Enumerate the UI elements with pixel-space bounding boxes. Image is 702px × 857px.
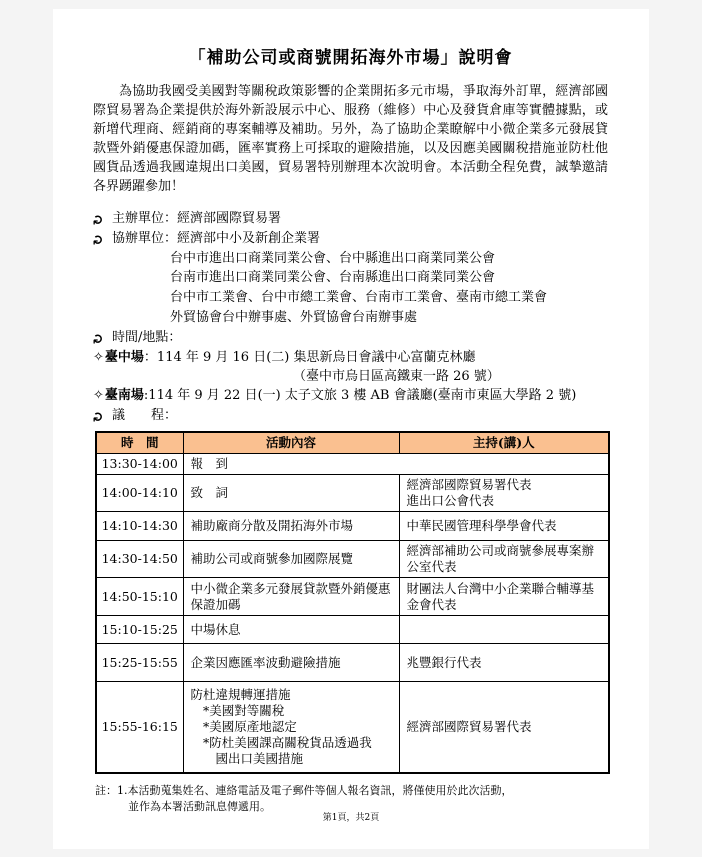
col-header-time: 時 間 [96, 432, 183, 454]
circular-arrow-bullet-icon: ↻ [90, 232, 110, 245]
time-place-label: 時間/地點： [112, 330, 181, 345]
cell-time: 15:10-15:25 [96, 616, 183, 644]
cell-host: 兆豐銀行代表 [399, 644, 609, 682]
col-header-activity: 活動內容 [183, 432, 399, 454]
co-host-unit-line: ↻協辦單位：經濟部中小及新創企業署 [93, 229, 608, 249]
col-header-host: 主持(講)人 [399, 432, 609, 454]
cell-time: 15:25-15:55 [96, 644, 183, 682]
circular-arrow-bullet-icon: ↻ [90, 410, 110, 423]
intro-paragraph: 為協助我國受美國對等關稅政策影響的企業開拓多元市場，爭取海外訂單，經濟部國際貿易… [93, 82, 608, 196]
session-tainan-detail: :114 年 9 月 22 日(一) 太子文旅 3 樓 AB 會議廳(臺南市東區… [144, 388, 576, 403]
cell-host: 財團法人台灣中小企業聯合輔導基金會代表 [399, 578, 609, 616]
table-row: 15:55-16:15 防杜違規轉運措施 *美國對等關稅 *美國原產地認定 *防… [96, 682, 609, 773]
session-taichung-detail: ：114 年 9 月 16 日(二) 集思新烏日會議中心富蘭克林廳 [144, 350, 476, 365]
cell-host: 中華民國管理科學學會代表 [399, 512, 609, 541]
cell-time: 15:55-16:15 [96, 682, 183, 773]
table-row: 14:30-14:50 補助公司或商號參加國際展覽 經濟部補助公司或商號參展專案… [96, 541, 609, 578]
host-unit-line: ↻主辦單位：經濟部國際貿易署 [93, 209, 608, 229]
cell-activity: 中場休息 [183, 616, 399, 644]
cell-time: 14:50-15:10 [96, 578, 183, 616]
cell-host: 經濟部國際貿易署代表 [399, 682, 609, 773]
four-pointed-star-icon: ✧ [93, 348, 104, 368]
agenda-header-row: 時 間 活動內容 主持(講)人 [96, 432, 609, 454]
page-title: 「補助公司或商號開拓海外市場」說明會 [93, 43, 608, 68]
session-tainan-name: 臺南場 [105, 388, 144, 403]
page-number-footer: 第1頁，共2頁 [53, 810, 649, 823]
cell-activity: 補助公司或商號參加國際展覽 [183, 541, 399, 578]
cell-host [399, 616, 609, 644]
table-row: 14:00-14:10 致 詞 經濟部國際貿易署代表 進出口公會代表 [96, 475, 609, 512]
circular-arrow-bullet-icon: ↻ [90, 212, 110, 225]
cell-activity: 致 詞 [183, 475, 399, 512]
session-taichung-address: （臺中市烏日區高鐵東一路 26 號） [293, 367, 608, 386]
table-row: 15:25-15:55 企業因應匯率波動避險措施 兆豐銀行代表 [96, 644, 609, 682]
cell-host: 經濟部補助公司或商號參展專案辦公室代表 [399, 541, 609, 578]
cell-activity: 報 到 [183, 454, 609, 475]
cell-time: 14:10-14:30 [96, 512, 183, 541]
agenda-table: 時 間 活動內容 主持(講)人 13:30-14:00 報 到 14:00-14… [95, 431, 610, 774]
cell-time: 14:00-14:10 [96, 475, 183, 512]
agenda-heading-line: ↻議 程： [93, 406, 608, 426]
cell-host: 經濟部國際貿易署代表 進出口公會代表 [399, 475, 609, 512]
co-organizer-list: 台中市進出口商業同業公會、台中縣進出口商業同業公會 台南市進出口商業同業公會、台… [170, 249, 608, 328]
host-unit-text: 主辦單位：經濟部國際貿易署 [112, 211, 281, 226]
cell-time: 13:30-14:00 [96, 454, 183, 475]
cell-activity: 防杜違規轉運措施 *美國對等關稅 *美國原產地認定 *防杜美國課高關稅貨品透過我… [183, 682, 399, 773]
table-row: 13:30-14:00 報 到 [96, 454, 609, 475]
table-row: 14:50-15:10 中小微企業多元發展貸款暨外銷優惠保證加碼 財團法人台灣中… [96, 578, 609, 616]
agenda-heading-label: 議 程： [112, 408, 177, 423]
cell-activity: 中小微企業多元發展貸款暨外銷優惠保證加碼 [183, 578, 399, 616]
co-host-unit-text: 協辦單位：經濟部中小及新創企業署 [112, 231, 320, 246]
table-row: 15:10-15:25 中場休息 [96, 616, 609, 644]
cell-activity: 企業因應匯率波動避險措施 [183, 644, 399, 682]
session-taichung-name: 臺中場 [105, 350, 144, 365]
time-place-line: ↻時間/地點： [93, 328, 608, 348]
session-taichung-line: ✧臺中場：114 年 9 月 16 日(二) 集思新烏日會議中心富蘭克林廳 [93, 348, 608, 368]
table-row: 14:10-14:30 補助廠商分散及開拓海外市場 中華民國管理科學學會代表 [96, 512, 609, 541]
session-tainan-line: ✧臺南場:114 年 9 月 22 日(一) 太子文旅 3 樓 AB 會議廳(臺… [93, 386, 608, 406]
cell-time: 14:30-14:50 [96, 541, 183, 578]
document-page: 「補助公司或商號開拓海外市場」說明會 為協助我國受美國對等關稅政策影響的企業開拓… [53, 9, 649, 849]
four-pointed-star-icon: ✧ [93, 386, 104, 406]
cell-activity: 補助廠商分散及開拓海外市場 [183, 512, 399, 541]
circular-arrow-bullet-icon: ↻ [90, 331, 110, 344]
